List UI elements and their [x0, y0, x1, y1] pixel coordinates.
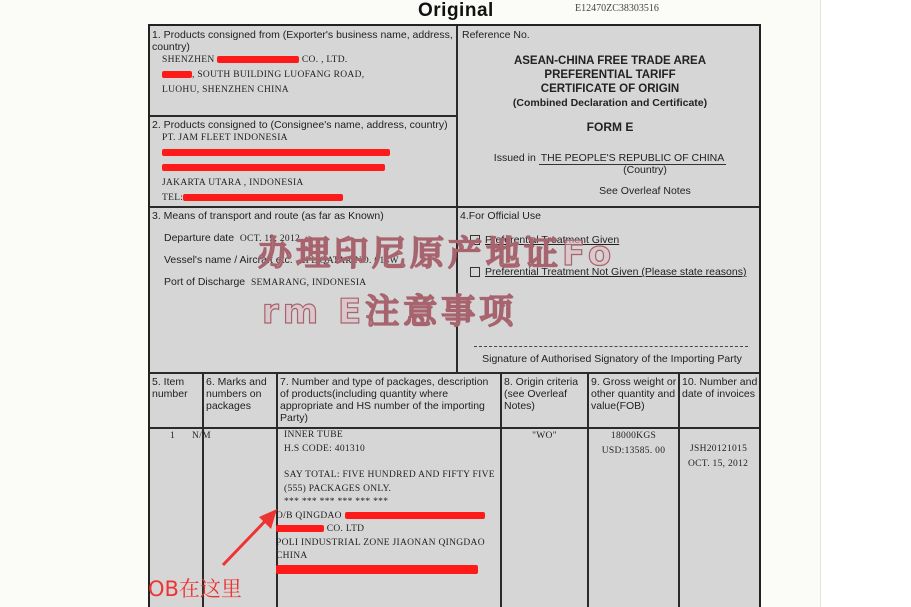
departure-row: Departure date OCT. 19, 2012	[164, 232, 454, 254]
overleaf-notes: See Overleaf Notes	[532, 185, 758, 197]
signature-caption: Signature of Authorised Signatory of the…	[470, 353, 754, 365]
exporter-line3: LUOHU, SHENZHEN CHINA	[162, 83, 454, 98]
annotation-label: OB在这里	[148, 573, 242, 603]
exporter-box: 1. Products consigned from (Exporter's b…	[152, 29, 454, 98]
divider	[587, 372, 589, 607]
redaction	[217, 56, 299, 63]
checkbox-given[interactable]	[470, 235, 480, 245]
checkbox-not-given[interactable]	[470, 267, 480, 277]
reference-box: Reference No. ASEAN-CHINA FREE TRADE ARE…	[462, 29, 758, 197]
header-invoice: 10. Number and date of invoices	[682, 376, 760, 400]
transport-label: 3. Means of transport and route (as far …	[152, 210, 454, 222]
consignee-box: 2. Products consigned to (Consignee's na…	[152, 119, 454, 206]
invoice: JSH20121015 OCT. 15, 2012	[690, 442, 760, 472]
exporter-line2: , SOUTH BUILDING LUOFANG ROAD,	[162, 68, 454, 83]
official-use-box: 4.For Official Use Preferential Treatmen…	[460, 210, 758, 370]
port-row: Port of Discharge SEMARANG, INDONESIA	[164, 276, 454, 298]
consignee-label: 2. Products consigned to (Consignee's na…	[152, 119, 454, 131]
ob-line: O/B QINGDAO	[276, 510, 500, 524]
header-marks: 6. Marks and numbers on packages	[206, 376, 274, 412]
serial-number: E12470ZC38303516	[575, 3, 659, 14]
item-number: 1	[170, 429, 175, 444]
header-origin: 8. Origin criteria (see Overleaf Notes)	[504, 376, 586, 412]
signature-line	[474, 346, 748, 347]
redaction	[345, 512, 485, 519]
exporter-label: 1. Products consigned from (Exporter's b…	[152, 29, 454, 53]
redaction	[162, 164, 385, 171]
origin-criteria: "WO"	[502, 429, 587, 444]
vessel-row: Vessel's name / Aircraft etc. APL QATAR …	[164, 254, 454, 276]
redaction	[276, 565, 478, 574]
redaction	[183, 194, 343, 201]
gross-weight-value: 18000KGS USD:13585. 00	[589, 429, 678, 459]
exporter-line1: SHENZHEN CO. , LTD.	[162, 53, 454, 68]
form-name: FORM E	[462, 120, 758, 134]
reference-label: Reference No.	[462, 29, 758, 41]
consignee-line1: PT. JAM FLEET INDONESIA	[162, 131, 454, 146]
redaction	[162, 149, 390, 156]
redaction	[162, 71, 192, 78]
consignee-city: JAKARTA UTARA , INDONESIA	[162, 176, 454, 191]
option-not-given[interactable]: Preferential Treatment Not Given (Please…	[460, 266, 758, 278]
document-title: Original	[418, 0, 494, 22]
consignee-tel: TEL:	[162, 191, 454, 206]
divider	[202, 372, 204, 607]
header-description: 7. Number and type of packages, descript…	[280, 376, 500, 424]
official-use-label: 4.For Official Use	[460, 210, 758, 222]
page-margin	[820, 0, 911, 607]
divider	[150, 206, 759, 208]
marks: N/M	[192, 429, 211, 444]
divider	[500, 372, 502, 607]
certificate-heading: ASEAN-CHINA FREE TRADE AREA PREFERENTIAL…	[462, 54, 758, 110]
issued-in: Issued in THE PEOPLE'S REPUBLIC OF CHINA	[462, 152, 758, 164]
description: INNER TUBE H.S CODE: 401310 SAY TOTAL: F…	[284, 429, 500, 577]
header-weight: 9. Gross weight or other quantity and va…	[591, 376, 679, 412]
transport-box: 3. Means of transport and route (as far …	[152, 210, 454, 298]
country-caption: (Country)	[532, 164, 758, 176]
header-item-number: 5. Item number	[152, 376, 200, 400]
divider	[150, 372, 759, 374]
divider	[456, 26, 458, 373]
divider	[150, 115, 456, 117]
option-given[interactable]: Preferential Treatment Given	[460, 234, 758, 246]
annotation-arrow-icon	[215, 505, 285, 570]
